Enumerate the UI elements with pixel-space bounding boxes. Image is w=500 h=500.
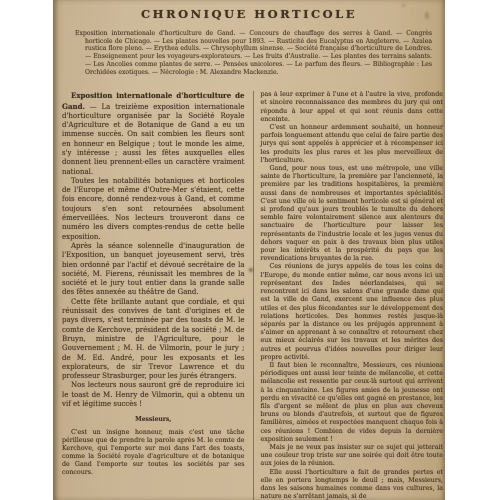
paragraph: Elle aussi l'horticulture a fait de gran… — [261, 469, 444, 500]
right-column: pas à leur exprimer à l'une et à l'autre… — [254, 91, 444, 500]
paragraph: Gand, pour nous tous, est une métropole,… — [261, 165, 444, 263]
ink-speck — [249, 268, 253, 272]
paragraph: Il faut bien le reconnaître, Messieurs, … — [261, 362, 444, 444]
paragraph: Ces réunions de jurys appelés de tous le… — [261, 263, 444, 361]
corner-smudge — [425, 12, 429, 19]
speech-heading: Messieurs, — [62, 415, 245, 424]
paragraph-lead: Exposition internationale d'horticulture… — [62, 91, 245, 177]
left-column: Exposition internationale d'horticulture… — [62, 91, 254, 500]
paragraph: C'est un honneur ardemment souhaité, un … — [261, 124, 444, 165]
paragraph-lead-rest: — La treizième exposition internationale… — [62, 103, 245, 176]
summary-paragraph: Exposition internationale d'horticulture… — [75, 30, 432, 76]
scanned-page: CHRONIQUE HORTICOLE Exposition internati… — [53, 0, 445, 500]
paragraph: pas à leur exprimer à l'une et à l'autre… — [261, 91, 444, 124]
paragraph: Mais je ne veux pas insister sur ce suje… — [261, 444, 444, 469]
article-body: Exposition internationale d'horticulture… — [53, 91, 445, 500]
page-title: CHRONIQUE HORTICOLE — [53, 7, 445, 21]
speech-paragraph: C'est un insigne honneur, mais c'est une… — [62, 429, 245, 478]
paragraph: Nos lecteurs nous sauront gré de reprodu… — [62, 381, 245, 409]
ink-speck — [402, 4, 405, 7]
paragraph: Après la séance solennelle d'inauguratio… — [62, 242, 245, 298]
paragraph: Cette fête brillante autant que cordiale… — [62, 298, 245, 382]
paragraph: Toutes les notabilités botaniques et hor… — [62, 177, 245, 242]
